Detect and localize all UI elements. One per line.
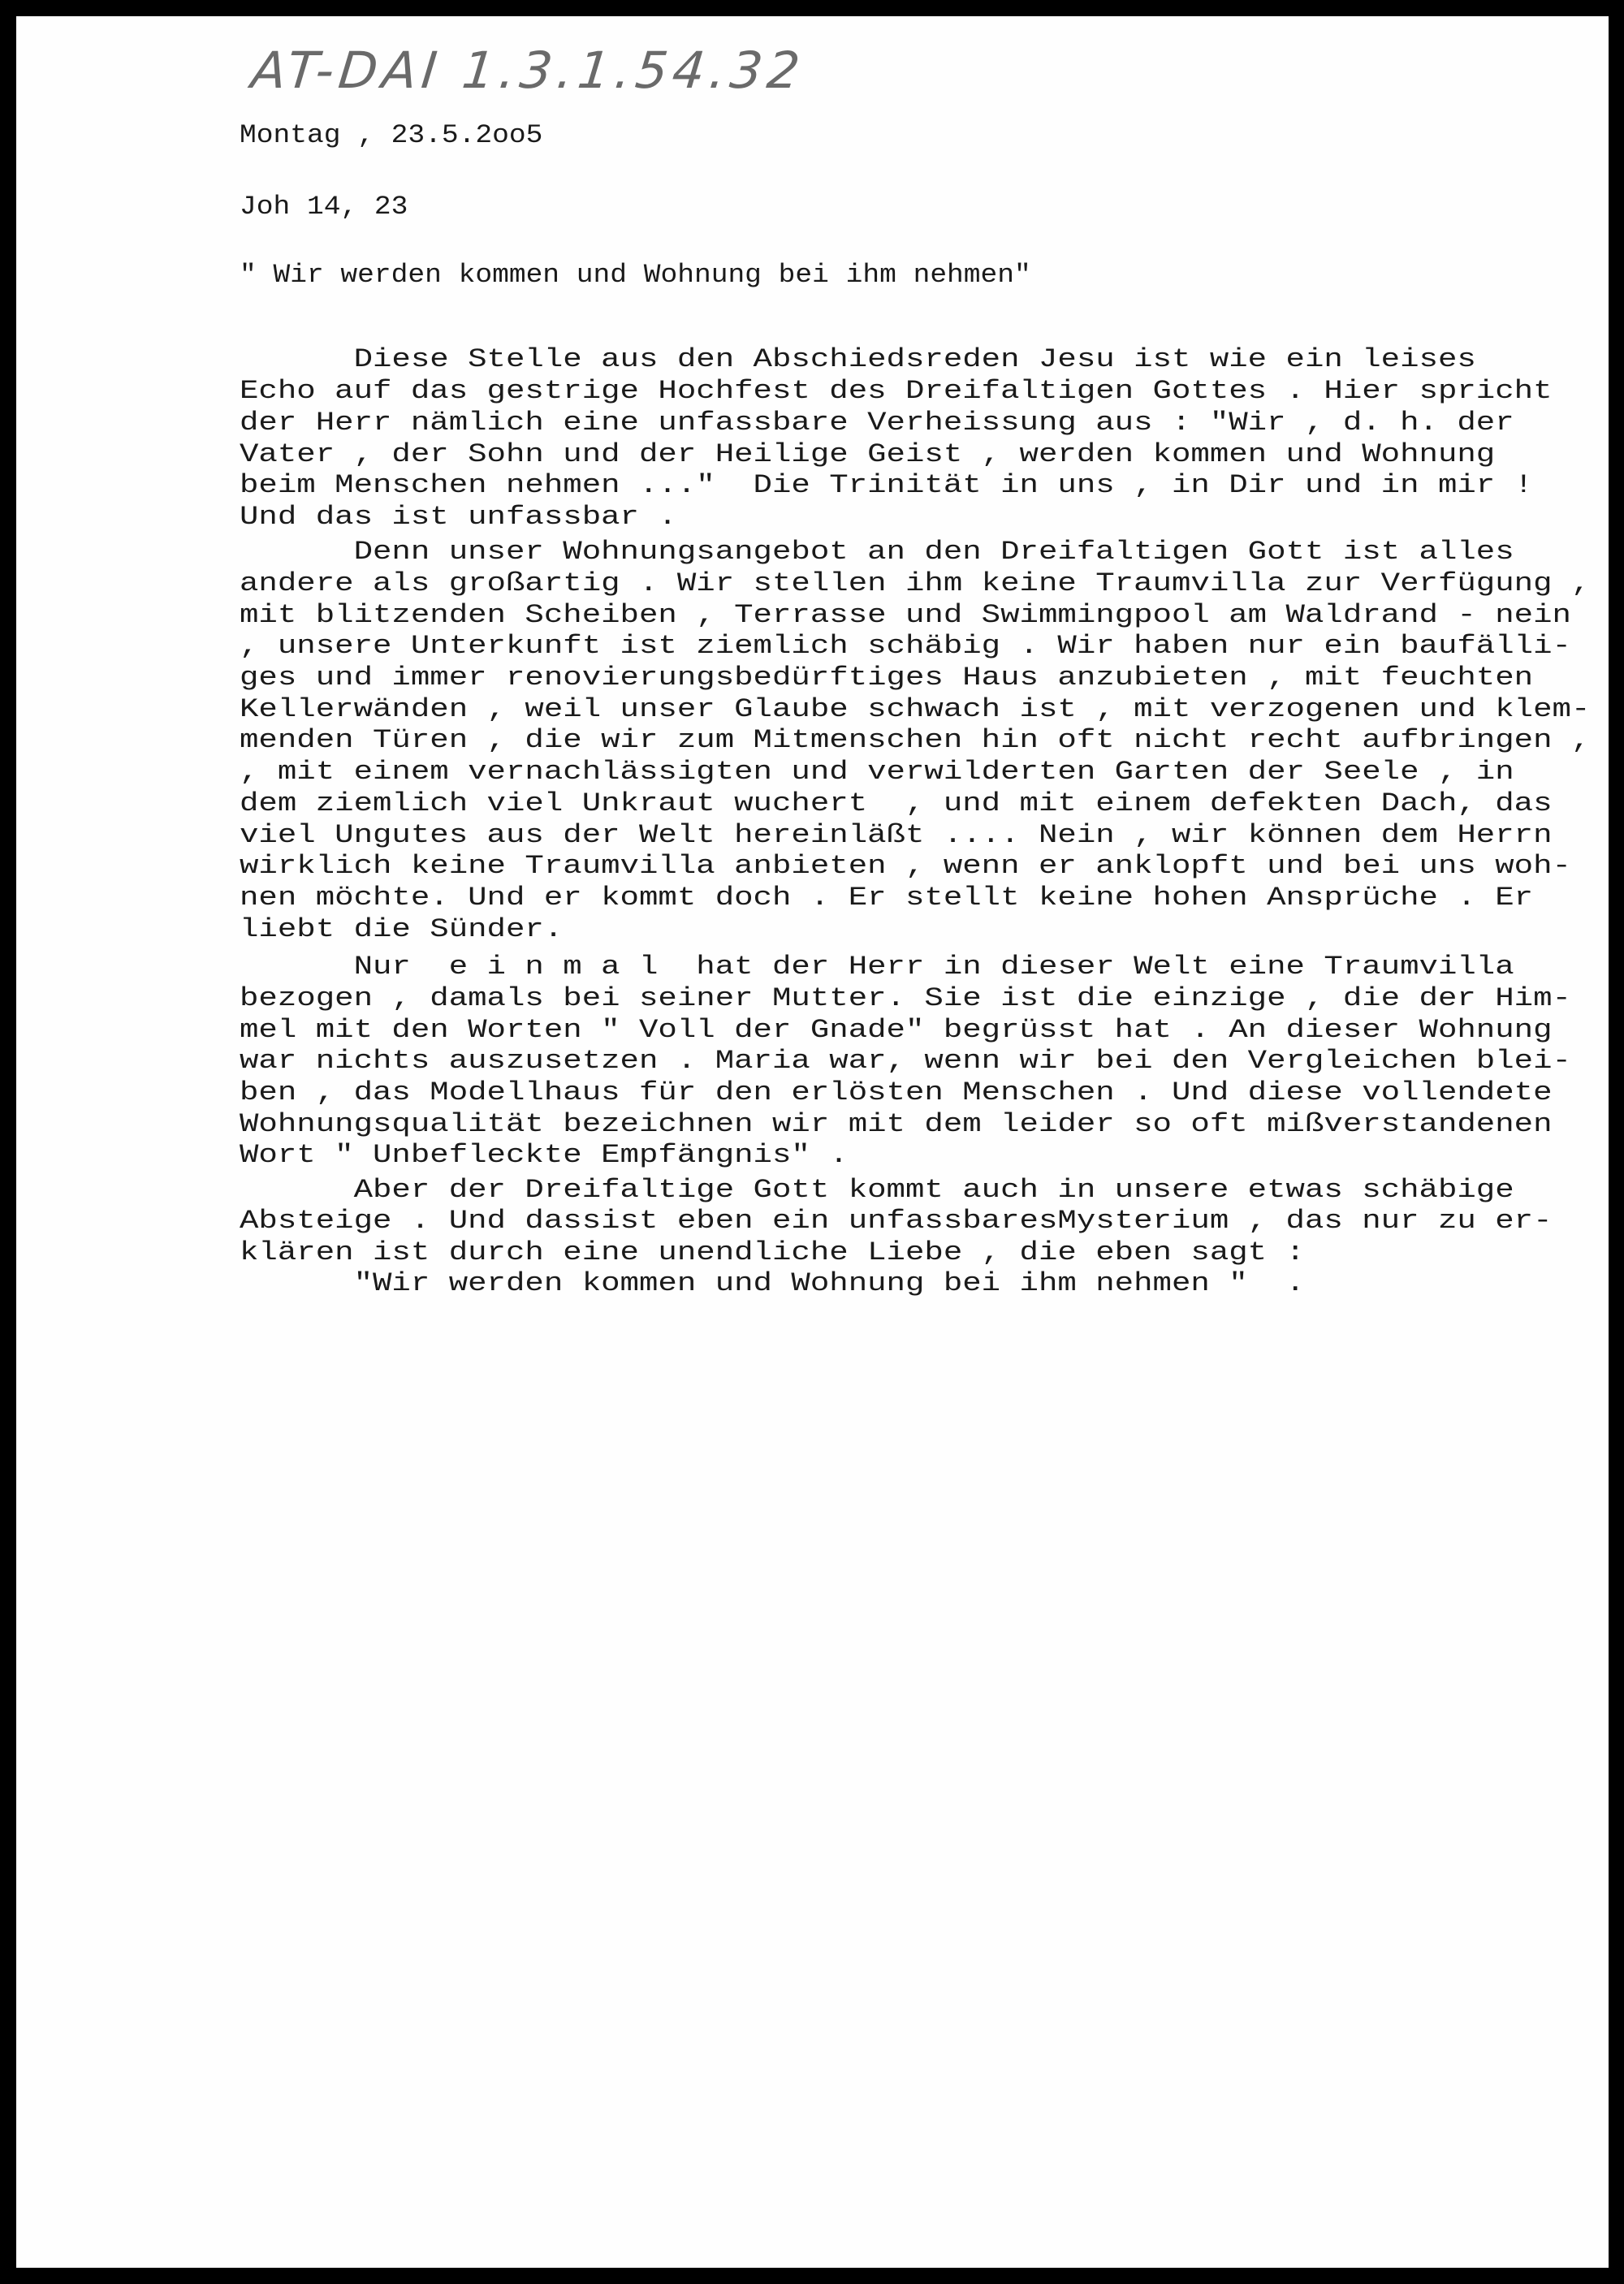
body-line: Vater , der Sohn und der Heilige Geist ,…	[240, 439, 1495, 470]
body-line: klären ist durch eine unendliche Liebe ,…	[240, 1237, 1305, 1268]
date-line: Montag , 23.5.2oo5	[240, 120, 542, 151]
body-line: , mit einem vernachlässigten und verwild…	[240, 757, 1514, 788]
body-line: Wohnungsqualität bezeichnen wir mit dem …	[240, 1109, 1553, 1140]
body-line: Denn unser Wohnungsangebot an den Dreifa…	[240, 537, 1514, 568]
body-line: menden Türen , die wir zum Mitmenschen h…	[240, 725, 1590, 756]
body-line: ben , das Modellhaus für den erlösten Me…	[240, 1077, 1553, 1108]
body-line: andere als großartig . Wir stellen ihm k…	[240, 568, 1590, 599]
body-line: liebt die Sünder.	[240, 914, 563, 945]
body-line: wirklich keine Traumvilla anbieten , wen…	[240, 851, 1571, 882]
body-line: beim Menschen nehmen ..." Die Trinität i…	[240, 470, 1533, 501]
body-line: Kellerwänden , weil unser Glaube schwach…	[240, 694, 1590, 725]
body-line: Aber der Dreifaltige Gott kommt auch in …	[240, 1175, 1514, 1206]
body-line: dem ziemlich viel Unkraut wuchert , und …	[240, 788, 1553, 819]
body-line: mel mit den Worten " Voll der Gnade" beg…	[240, 1015, 1553, 1046]
body-line: der Herr nämlich eine unfassbare Verheis…	[240, 408, 1514, 438]
body-line: bezogen , damals bei seiner Mutter. Sie …	[240, 983, 1571, 1014]
body-line: Wort " Unbefleckte Empfängnis" .	[240, 1140, 849, 1171]
body-line: Nur e i n m a l hat der Herr in dieser W…	[240, 952, 1514, 982]
body-line: Diese Stelle aus den Abschiedsreden Jesu…	[240, 344, 1476, 375]
body-line: war nichts auszusetzen . Maria war, wenn…	[240, 1046, 1571, 1077]
scripture-reference: Joh 14, 23	[240, 192, 408, 222]
body-line: Echo auf das gestrige Hochfest des Dreif…	[240, 376, 1553, 407]
body-line: nen möchte. Und er kommt doch . Er stell…	[240, 883, 1533, 913]
archive-signature: AT-DAI 1.3.1.54.32	[248, 41, 807, 100]
body-line: viel Ungutes aus der Welt hereinläßt ...…	[240, 820, 1553, 851]
document-page: AT-DAI 1.3.1.54.32 Montag , 23.5.2oo5 Jo…	[16, 16, 1609, 2268]
body-line: Und das ist unfassbar .	[240, 502, 677, 533]
body-line: "Wir werden kommen und Wohnung bei ihm n…	[240, 1268, 1305, 1299]
body-line: , unsere Unterkunft ist ziemlich schäbig…	[240, 631, 1571, 662]
body-line: ges und immer renovierungsbedürftiges Ha…	[240, 663, 1533, 693]
body-line: mit blitzenden Scheiben , Terrasse und S…	[240, 600, 1571, 631]
title-quote: " Wir werden kommen und Wohnung bei ihm …	[240, 260, 1031, 291]
body-line: Absteige . Und dassist eben ein unfassba…	[240, 1206, 1553, 1237]
